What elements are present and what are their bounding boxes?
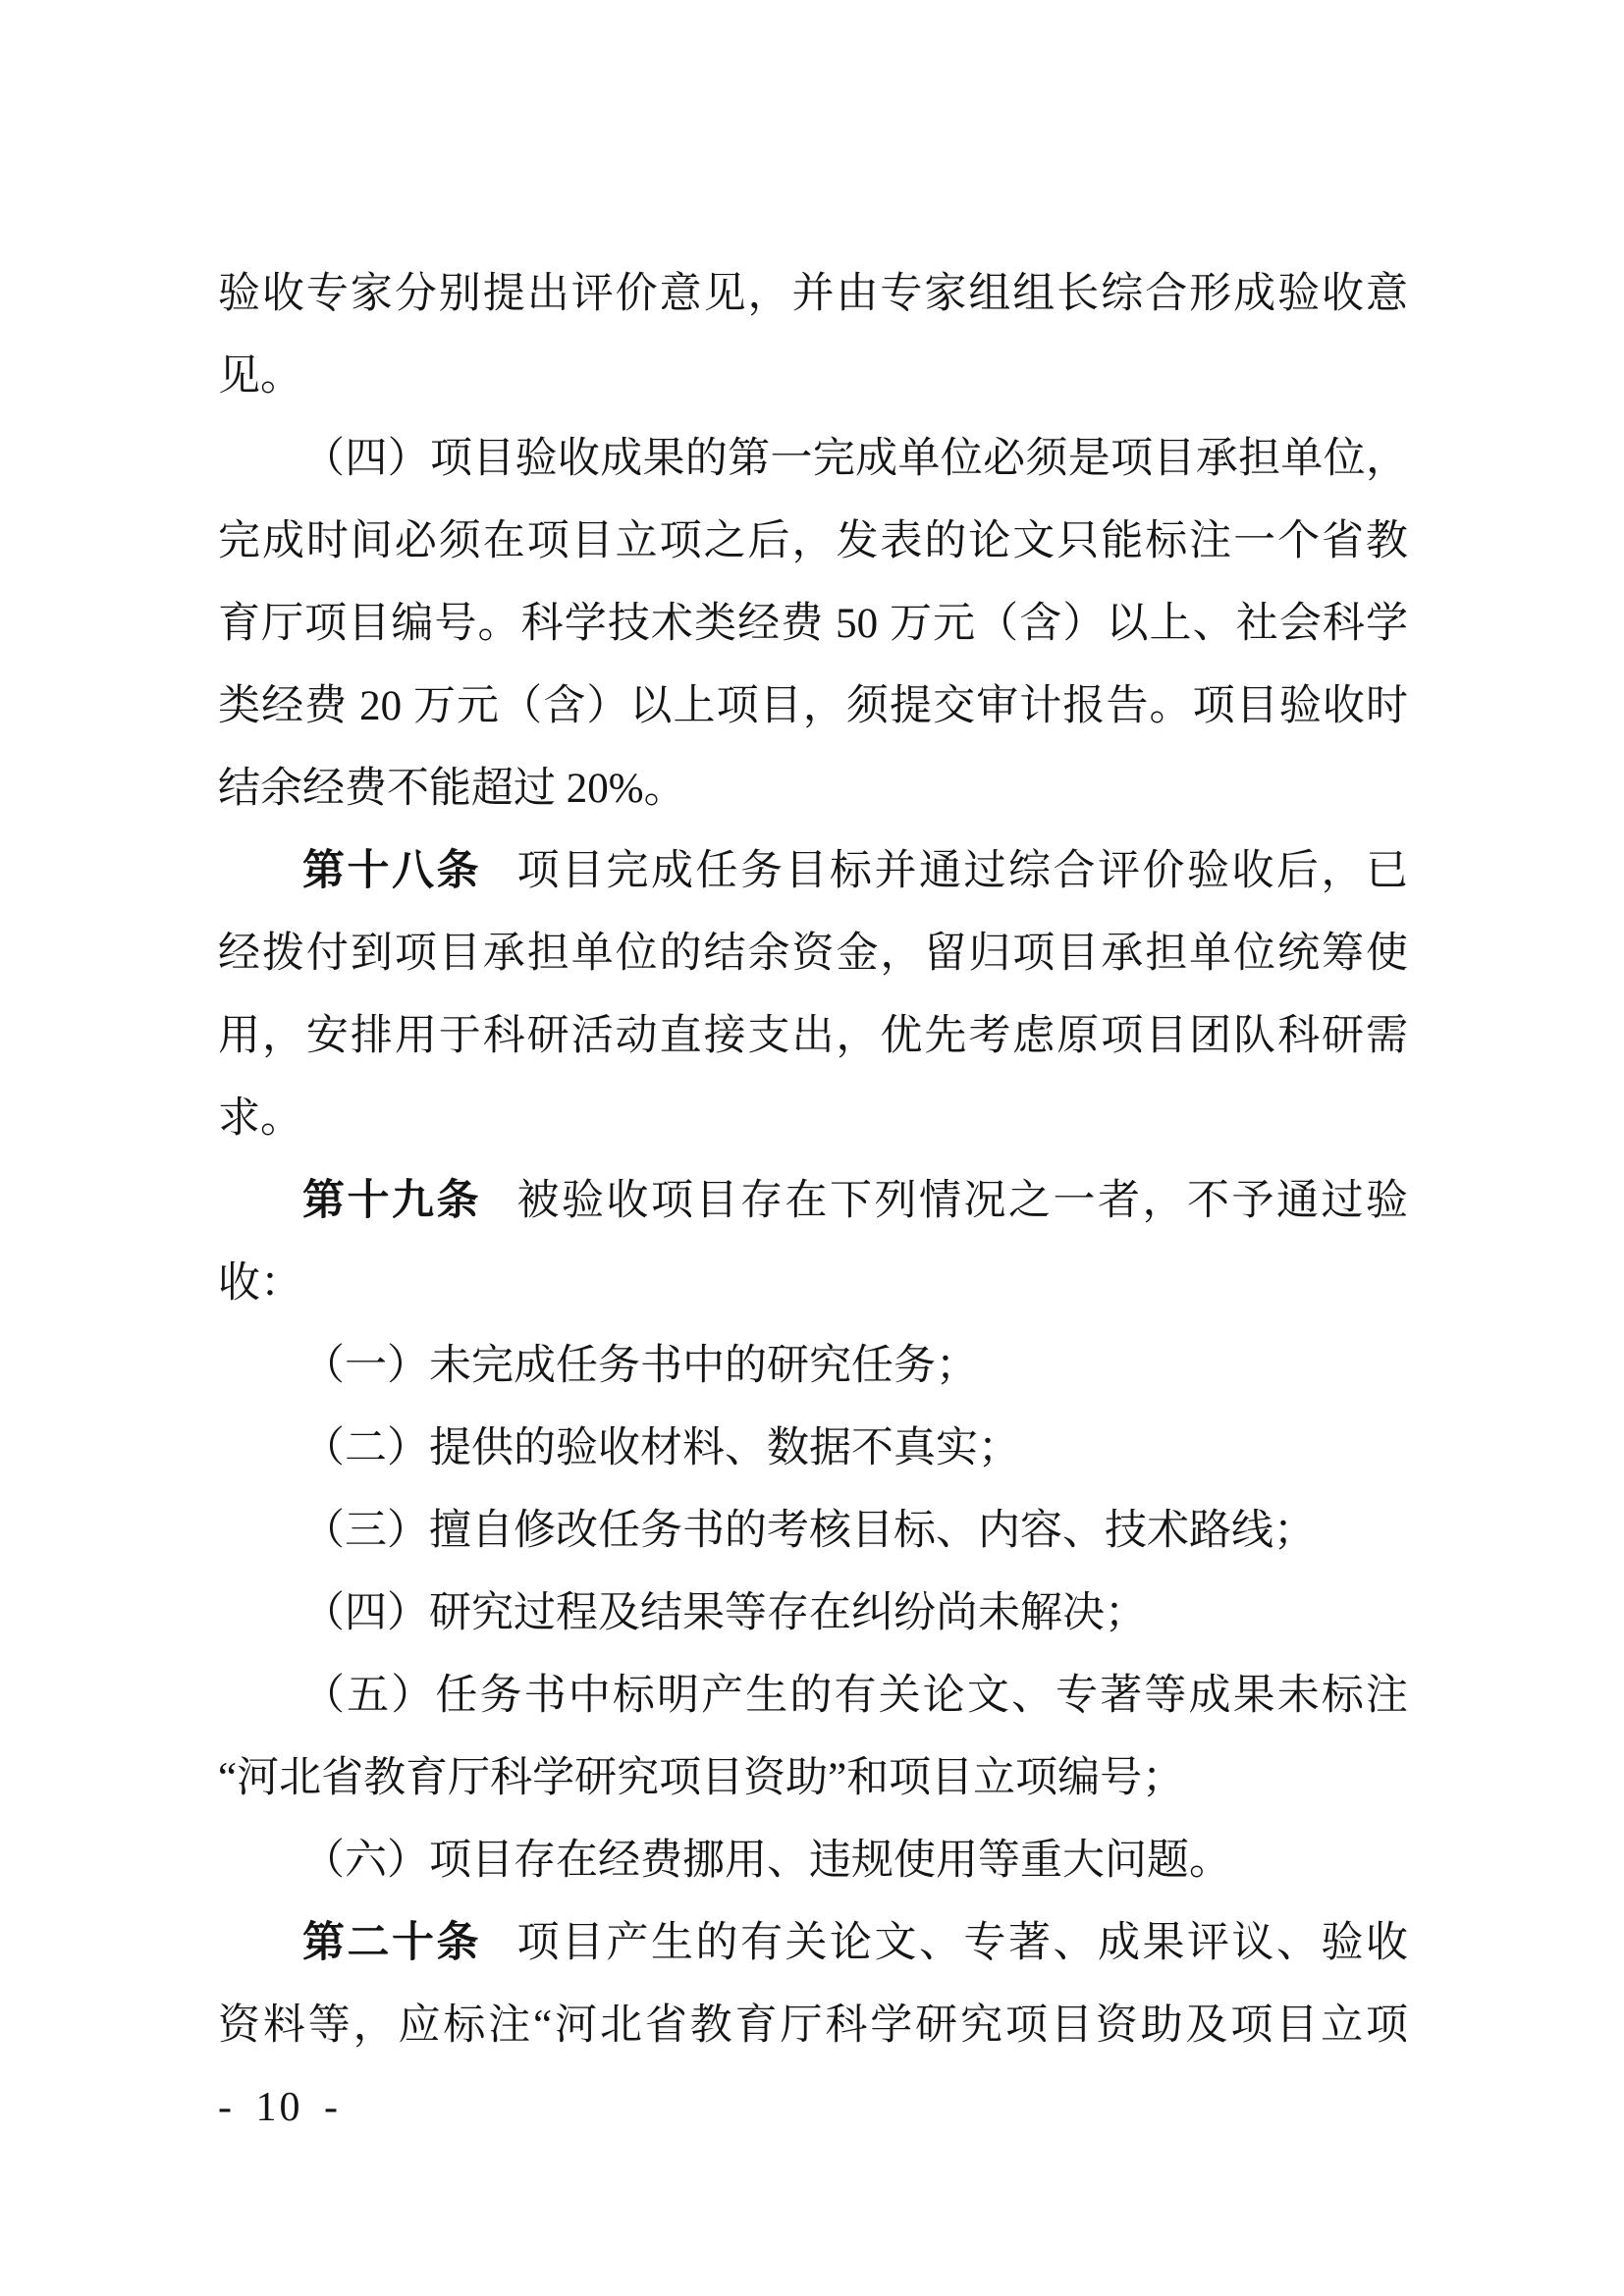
text-line: 完成时间必须在项目立项之后，发表的论文只能标注一个省教	[218, 501, 1408, 583]
document-page: 验收专家分别提出评价意见，并由专家组组长综合形成验收意 见。 （四）项目验收成果…	[0, 0, 1624, 2296]
line-text: （六）项目存在经费挪用、违规使用等重大问题。	[302, 1838, 1231, 1884]
text-line: “河北省教育厅科学研究项目资助”和项目立项编号；	[218, 1737, 1408, 1820]
line-text: 用，安排用于科研活动直接支出，优先考虑原项目团队科研需	[218, 1013, 1408, 1059]
text-line: 用，安排用于科研活动直接支出，优先考虑原项目团队科研需	[218, 995, 1408, 1078]
page-number: - 10 -	[218, 2083, 341, 2132]
text-line: 第十八条项目完成任务目标并通过综合评价验收后，已	[218, 830, 1408, 913]
line-text: （四）研究过程及结果等存在纠纷尚未解决；	[302, 1590, 1147, 1636]
line-text: 验收专家分别提出评价意见，并由专家组组长综合形成验收意	[218, 271, 1408, 317]
line-text: （二）提供的验收材料、数据不真实；	[302, 1425, 1020, 1471]
line-text: 完成时间必须在项目立项之后，发表的论文只能标注一个省教	[218, 518, 1408, 564]
article-number: 第二十条	[302, 1920, 481, 1966]
text-line: 育厅项目编号。科学技术类经费 50 万元（含）以上、社会科学	[218, 583, 1408, 666]
line-text: （三）擅自修改任务书的考核目标、内容、技术路线；	[302, 1508, 1316, 1554]
text-line: 第十九条被验收项目存在下列情况之一者，不予通过验	[218, 1160, 1408, 1243]
text-line: （五）任务书中标明产生的有关论文、专著等成果未标注	[218, 1655, 1408, 1737]
line-text: 经拨付到项目承担单位的结余资金，留归项目承担单位统筹使	[218, 931, 1408, 977]
article-number: 第十八条	[302, 848, 481, 894]
text-line: 结余经费不能超过 20%。	[218, 748, 1408, 830]
text-line: 验收专家分别提出评价意见，并由专家组组长综合形成验收意	[218, 253, 1408, 336]
text-line: 求。	[218, 1078, 1408, 1160]
line-text: 资料等，应标注“河北省教育厅科学研究项目资助及项目立项	[218, 2002, 1408, 2049]
line-text: （四）项目验收成果的第一完成单位必须是项目承担单位，	[302, 436, 1408, 482]
text-line: （二）提供的验收材料、数据不真实；	[218, 1408, 1408, 1490]
line-text: 项目完成任务目标并通过综合评价验收后，已	[517, 848, 1408, 894]
line-text: 结余经费不能超过 20%。	[218, 766, 686, 812]
line-text: 被验收项目存在下列情况之一者，不予通过验	[517, 1178, 1408, 1224]
text-line: 经拨付到项目承担单位的结余资金，留归项目承担单位统筹使	[218, 913, 1408, 995]
text-line: 类经费 20 万元（含）以上项目，须提交审计报告。项目验收时	[218, 666, 1408, 748]
line-text: “河北省教育厅科学研究项目资助”和项目立项编号；	[218, 1755, 1184, 1801]
text-line: （四）研究过程及结果等存在纠纷尚未解决；	[218, 1573, 1408, 1655]
line-text: 育厅项目编号。科学技术类经费 50 万元（含）以上、社会科学	[218, 601, 1408, 647]
line-text: 类经费 20 万元（含）以上项目，须提交审计报告。项目验收时	[218, 683, 1408, 729]
text-line: 资料等，应标注“河北省教育厅科学研究项目资助及项目立项	[218, 1985, 1408, 2067]
line-text: （五）任务书中标明产生的有关论文、专著等成果未标注	[302, 1673, 1408, 1719]
line-text: 项目产生的有关论文、专著、成果评议、验收	[517, 1920, 1408, 1966]
line-text: （一）未完成任务书中的研究任务；	[302, 1343, 978, 1389]
line-text: 收：	[218, 1260, 302, 1307]
line-text: 求。	[218, 1095, 302, 1142]
text-line: （四）项目验收成果的第一完成单位必须是项目承担单位，	[218, 418, 1408, 501]
text-line: 见。	[218, 336, 1408, 418]
text-line: 收：	[218, 1243, 1408, 1325]
text-line: （一）未完成任务书中的研究任务；	[218, 1325, 1408, 1408]
body-text: 验收专家分别提出评价意见，并由专家组组长综合形成验收意 见。 （四）项目验收成果…	[218, 253, 1408, 2067]
text-line: （三）擅自修改任务书的考核目标、内容、技术路线；	[218, 1490, 1408, 1573]
line-text: 见。	[218, 353, 302, 400]
text-line: 第二十条项目产生的有关论文、专著、成果评议、验收	[218, 1902, 1408, 1985]
text-line: （六）项目存在经费挪用、违规使用等重大问题。	[218, 1820, 1408, 1902]
article-number: 第十九条	[302, 1178, 481, 1224]
